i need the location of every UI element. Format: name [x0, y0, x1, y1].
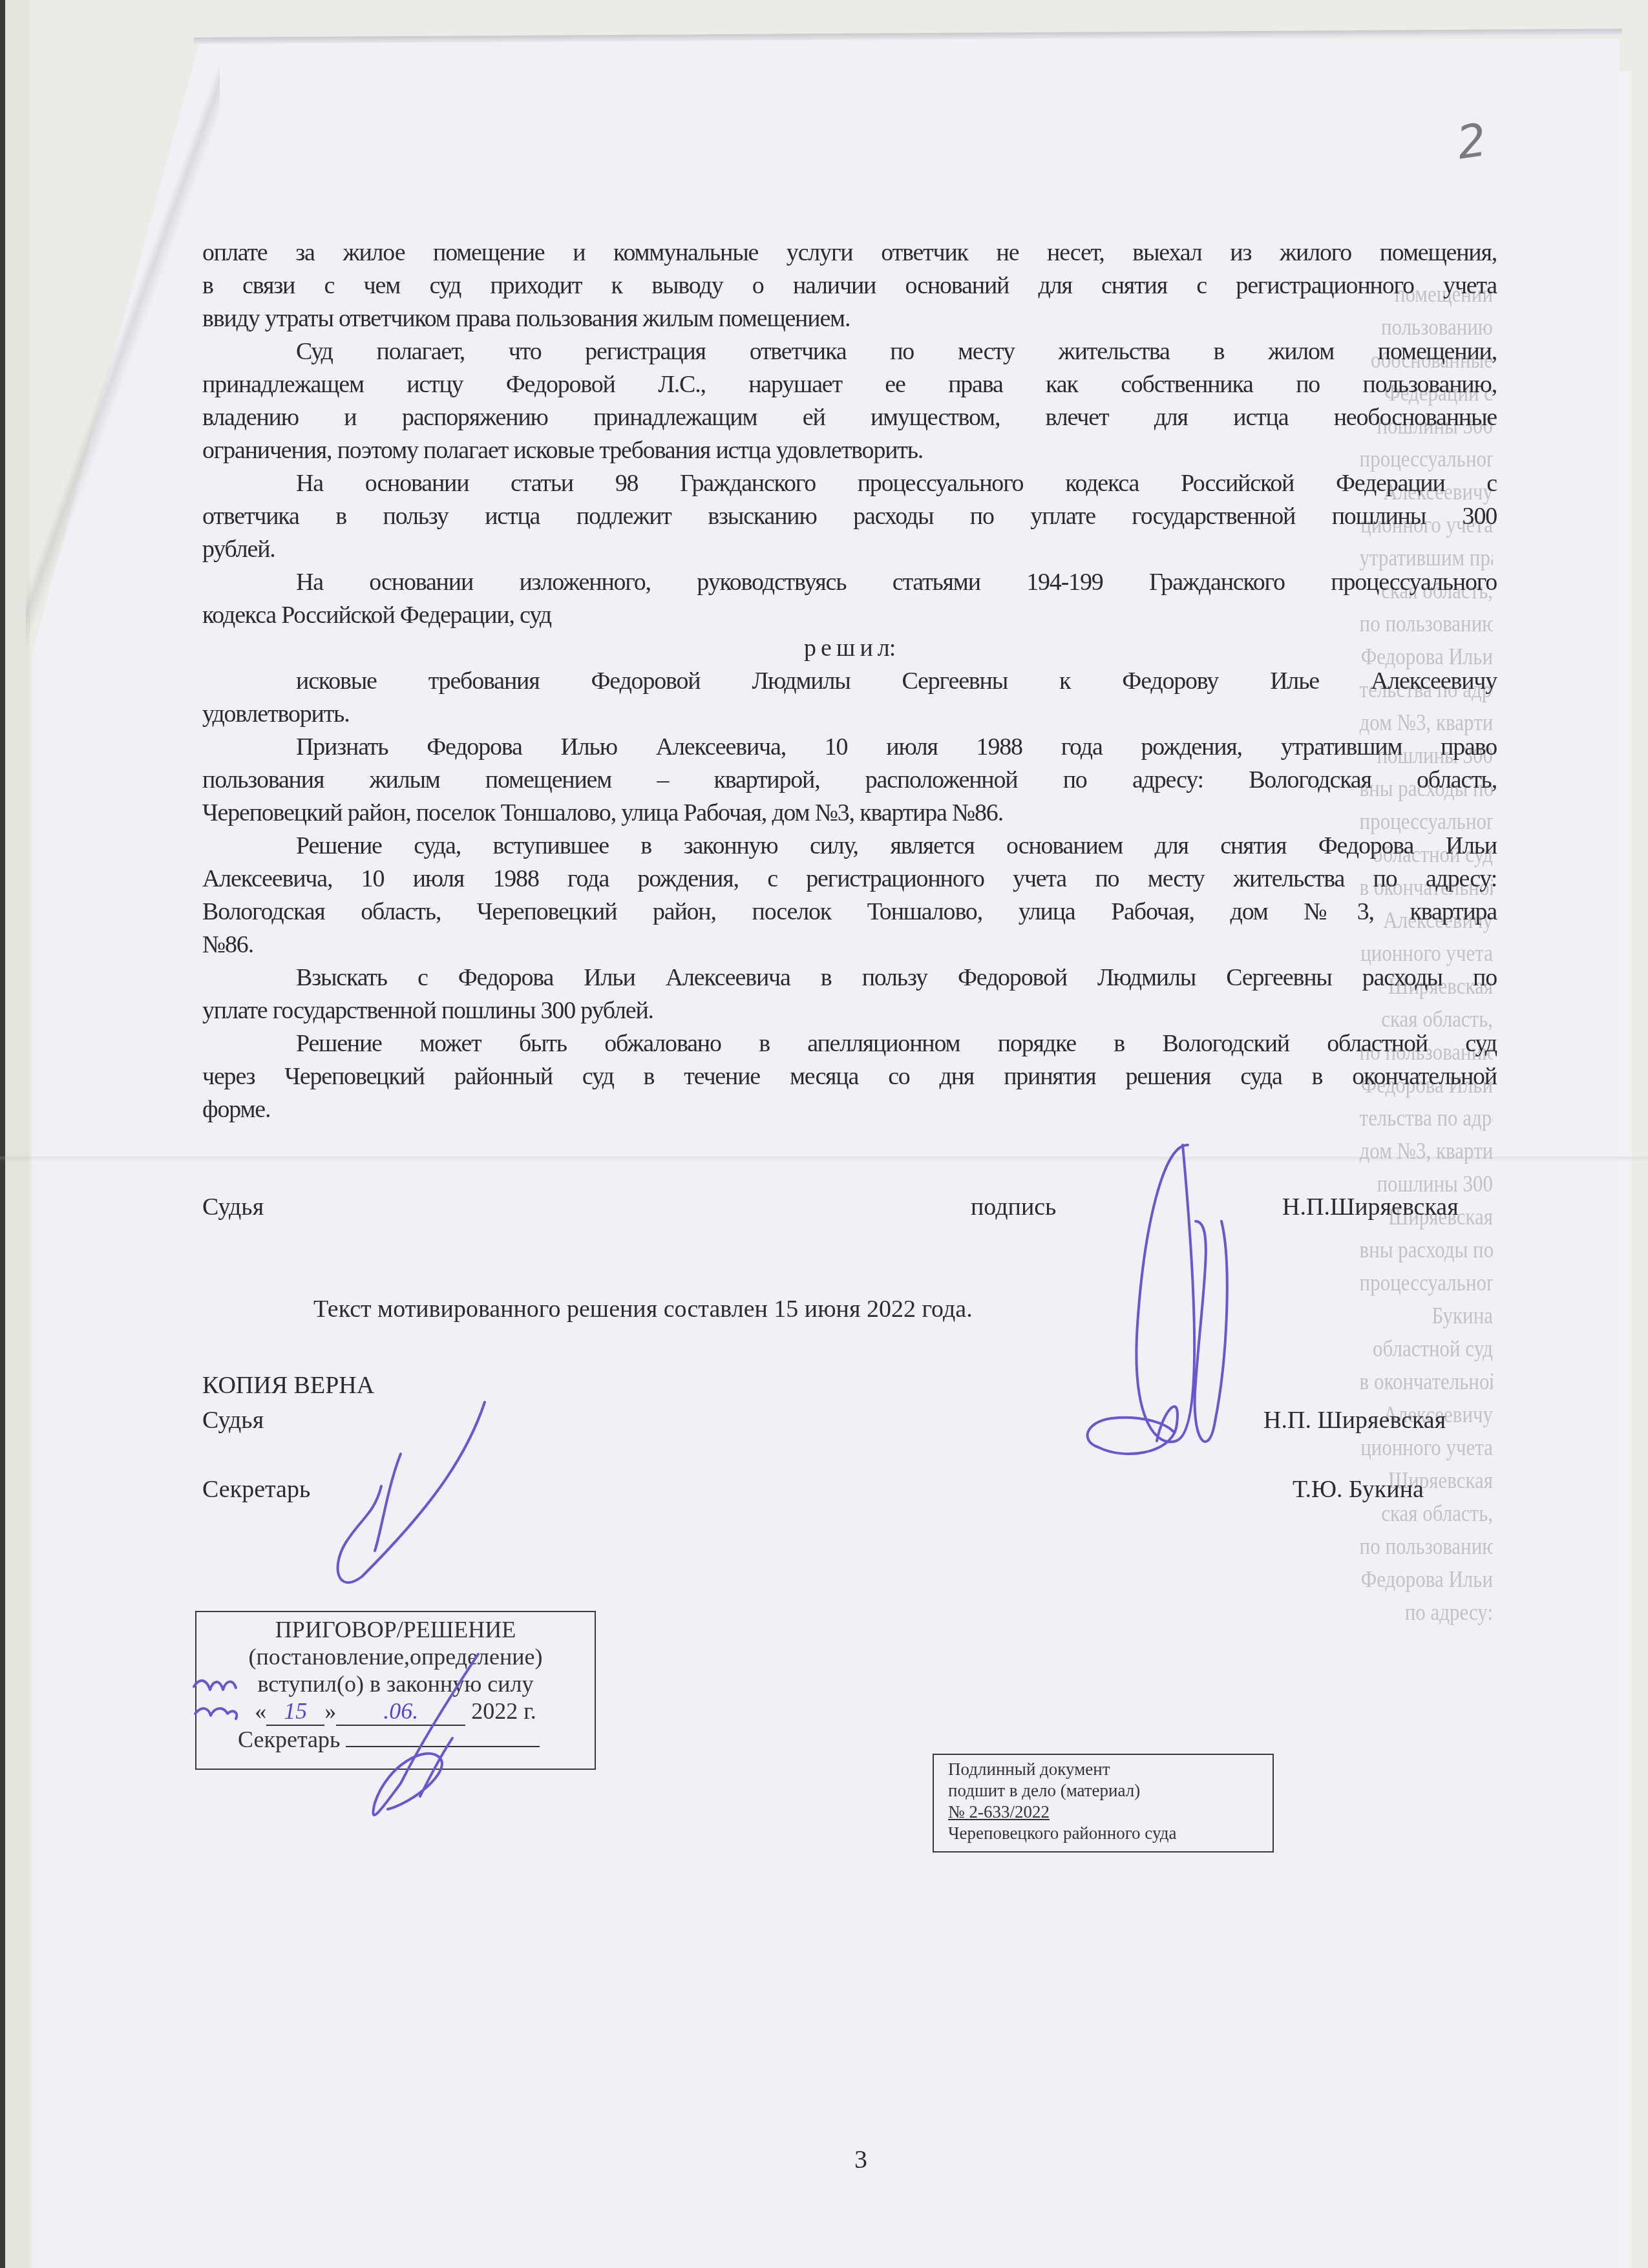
body-line: р е ш и л:: [202, 632, 1497, 665]
bleed-line: областной суд: [1360, 1332, 1493, 1365]
body-line: На основании изложенного, руководствуясь…: [202, 566, 1497, 599]
body-line: №86.: [202, 929, 1497, 961]
body-line: удовлетворить.: [202, 698, 1497, 731]
filed-line-1: Подлинный документ: [948, 1759, 1273, 1780]
body-line: через Череповецкий районный суд в течени…: [202, 1060, 1497, 1093]
judge-label: Судья: [202, 1193, 264, 1221]
bleed-line: вны расходы по: [1360, 1234, 1493, 1266]
body-line: На основании статьи 98 Гражданского проц…: [202, 467, 1497, 500]
copy-verified-label: КОПИЯ ВЕРНА: [202, 1371, 374, 1400]
signature-label: подпись: [971, 1193, 1056, 1221]
copy-judge-label: Судья: [202, 1406, 264, 1434]
bleed-line: по пользованию,: [1360, 1530, 1493, 1563]
body-line: рублей.: [202, 533, 1497, 566]
stamp-secretary-label: Секретарь: [238, 1727, 340, 1752]
stamp-status: вступил(о) в законную силу: [196, 1670, 595, 1697]
body-line: Взыскать с Федорова Ильи Алексеевича в п…: [202, 961, 1497, 994]
body-line: форме.: [202, 1093, 1497, 1126]
secretary-name: Т.Ю. Букина: [1293, 1475, 1424, 1504]
stamp-title: ПРИГОВОР/РЕШЕНИЕ: [196, 1616, 595, 1643]
page-number: 3: [854, 2144, 867, 2174]
body-line: пользования жилым помещением – квартирой…: [202, 764, 1497, 797]
body-line: владению и распоряжению принадлежащим ей…: [202, 401, 1497, 434]
case-number: № 2-633/2022: [948, 1801, 1273, 1823]
body-line: Решение суда, вступившее в законную силу…: [202, 830, 1497, 863]
entry-into-force-stamp: ПРИГОВОР/РЕШЕНИЕ (постановление,определе…: [195, 1611, 596, 1770]
body-line: Алексеевича, 10 июля 1988 года рождения,…: [202, 863, 1497, 896]
document-body: оплате за жилое помещение и коммунальные…: [202, 236, 1497, 1126]
quote-close: »: [324, 1698, 336, 1724]
bleed-line: процессуального: [1360, 1266, 1493, 1299]
secretary-label: Секретарь: [202, 1475, 310, 1504]
bleed-line: Букина: [1360, 1299, 1493, 1332]
bleed-line: в окончательной: [1360, 1365, 1493, 1398]
scanner-margin: [5, 0, 30, 2268]
body-line: Вологодская область, Череповецкий район,…: [202, 896, 1497, 929]
body-line: Решение может быть обжаловано в апелляци…: [202, 1027, 1497, 1060]
body-line: Суд полагает, что регистрация ответчика …: [202, 335, 1497, 368]
motivated-decision-date: Текст мотивированного решения составлен …: [313, 1295, 973, 1323]
body-line: Признать Федорова Илью Алексеевича, 10 и…: [202, 731, 1497, 764]
original-filed-stamp: Подлинный документ подшит в дело (матери…: [933, 1754, 1274, 1853]
court-name: Череповецкого районного суда: [948, 1823, 1273, 1844]
bleed-line: Федорова Ильи: [1360, 1563, 1493, 1596]
body-line: ограничения, поэтому полагает исковые тр…: [202, 434, 1497, 467]
copy-judge-name: Н.П. Ширяевская: [1263, 1406, 1446, 1434]
stamp-day: 15: [266, 1697, 324, 1726]
body-line: исковые требования Федоровой Людмилы Сер…: [202, 665, 1497, 698]
body-line: ввиду утраты ответчиком права пользовани…: [202, 302, 1497, 335]
stamp-date-row: «15».06. 2022 г.: [196, 1697, 595, 1726]
stamp-year: 2022 г.: [471, 1698, 536, 1724]
body-line: принадлежащем истцу Федоровой Л.С., нару…: [202, 368, 1497, 401]
stamp-subtitle: (постановление,определение): [196, 1643, 595, 1670]
body-line: кодекса Российской Федерации, суд: [202, 599, 1497, 632]
bleed-line: дом №3, квартира: [1360, 1135, 1493, 1168]
body-line: ответчика в пользу истца подлежит взыска…: [202, 500, 1497, 533]
body-line: оплате за жилое помещение и коммунальные…: [202, 236, 1497, 269]
body-line: в связи с чем суд приходит к выводу о на…: [202, 269, 1497, 302]
body-line: уплате государственной пошлины 300 рубле…: [202, 994, 1497, 1027]
judge-name: Н.П.Ширяевская: [1282, 1193, 1459, 1221]
filed-line-2: подшит в дело (материал): [948, 1780, 1273, 1801]
body-line: Череповецкий район, поселок Тоншалово, у…: [202, 797, 1497, 830]
bleed-line: по адресу:: [1360, 1596, 1493, 1629]
scanner-edge: [0, 0, 5, 2268]
quote-open: «: [255, 1698, 266, 1724]
stamp-secretary-line: [346, 1746, 540, 1747]
bleed-line: ционного учета: [1360, 1431, 1493, 1464]
stamp-secretary-row: Секретарь: [196, 1726, 595, 1753]
stamp-month: .06.: [336, 1697, 465, 1726]
